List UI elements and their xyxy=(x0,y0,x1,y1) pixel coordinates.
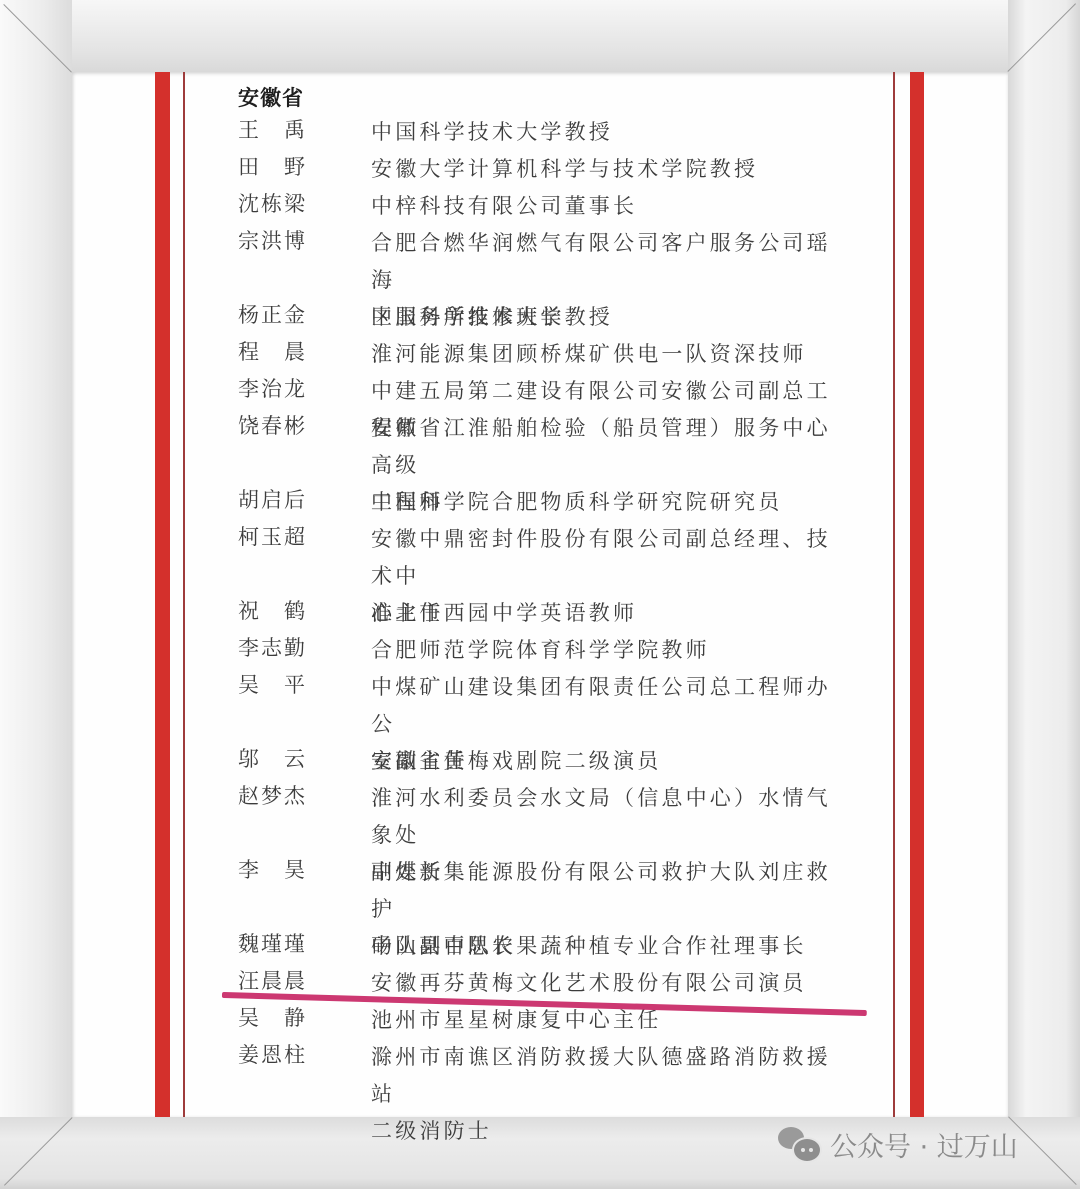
title-line: 滁州市南谯区消防救援大队德盛路消防救援站 xyxy=(371,1039,851,1113)
honoree-name: 胡启后 xyxy=(238,484,348,514)
frame-bevel-top xyxy=(0,0,1080,72)
watermark: 公众号 · 过万山 xyxy=(778,1124,1018,1164)
honoree-title: 淮北市西园中学英语教师 xyxy=(371,595,851,632)
title-line: 淮河水利委员会水文局（信息中心）水情气象处 xyxy=(371,780,851,854)
honoree-name: 祝 鹤 xyxy=(238,595,348,625)
title-line: 中国科学院合肥物质科学研究院研究员 xyxy=(371,484,851,521)
title-line: 中煤新集能源股份有限公司救护大队刘庄救护 xyxy=(371,854,851,928)
province-heading: 安徽省 xyxy=(238,82,304,112)
title-line: 安徽再芬黄梅文化艺术股份有限公司演员 xyxy=(371,965,851,1002)
honoree-name: 程 晨 xyxy=(238,336,348,366)
honoree-title: 砀山县百思农果蔬种植专业合作社理事长 xyxy=(371,928,851,965)
honoree-name: 魏瑾瑾 xyxy=(238,928,348,958)
title-line: 合肥合燃华润燃气有限公司客户服务公司瑶海 xyxy=(371,225,851,299)
honoree-name: 李治龙 xyxy=(238,373,348,403)
title-line: 砀山县百思农果蔬种植专业合作社理事长 xyxy=(371,928,851,965)
border-line-left xyxy=(183,72,185,1117)
honoree-title: 安徽大学计算机科学与技术学院教授 xyxy=(371,151,851,188)
honoree-title: 安徽再芬黄梅文化艺术股份有限公司演员 xyxy=(371,965,851,1002)
title-line: 安徽中鼎密封件股份有限公司副总经理、技术中 xyxy=(371,521,851,595)
title-line: 淮河能源集团顾桥煤矿供电一队资深技师 xyxy=(371,336,851,373)
honoree-name: 田 野 xyxy=(238,151,348,181)
title-line: 安徽省江淮船舶检验（船员管理）服务中心高级 xyxy=(371,410,851,484)
honoree-name: 邬 云 xyxy=(238,743,348,773)
frame-bevel-right xyxy=(1008,0,1080,1189)
honoree-title: 中国科学院合肥物质科学研究院研究员 xyxy=(371,484,851,521)
honoree-title: 中梓科技有限公司董事长 xyxy=(371,188,851,225)
honoree-title: 安徽省黄梅戏剧院二级演员 xyxy=(371,743,851,780)
honoree-name: 沈栋梁 xyxy=(238,188,348,218)
watermark-text: 公众号 · 过万山 xyxy=(830,1125,1018,1164)
honoree-title: 合肥师范学院体育科学学院教师 xyxy=(371,632,851,669)
border-bar-right xyxy=(910,72,924,1117)
title-line: 中煤矿山建设集团有限责任公司总工程师办公 xyxy=(371,669,851,743)
title-line: 中国科学技术大学教授 xyxy=(371,114,851,151)
honoree-name: 柯玉超 xyxy=(238,521,348,551)
title-line: 淮北市西园中学英语教师 xyxy=(371,595,851,632)
honoree-title: 淮河能源集团顾桥煤矿供电一队资深技师 xyxy=(371,336,851,373)
frame-bevel-left xyxy=(0,0,72,1189)
title-line: 安徽省黄梅戏剧院二级演员 xyxy=(371,743,851,780)
honoree-name: 宗洪博 xyxy=(238,225,348,255)
honoree-title: 中国科学技术大学教授 xyxy=(371,114,851,151)
honoree-title: 中国科学技术大学教授 xyxy=(371,299,851,336)
honoree-name: 姜恩柱 xyxy=(238,1039,348,1069)
honoree-name: 李志勤 xyxy=(238,632,348,662)
honoree-name: 吴 静 xyxy=(238,1002,348,1032)
honoree-name: 吴 平 xyxy=(238,669,348,699)
honoree-name: 饶春彬 xyxy=(238,410,348,440)
title-line: 合肥师范学院体育科学学院教师 xyxy=(371,632,851,669)
wechat-icon xyxy=(778,1127,820,1161)
honoree-name: 杨正金 xyxy=(238,299,348,329)
title-line: 中梓科技有限公司董事长 xyxy=(371,188,851,225)
honoree-name: 王 禹 xyxy=(238,114,348,144)
border-bar-left xyxy=(155,72,170,1117)
honoree-name: 赵梦杰 xyxy=(238,780,348,810)
title-line: 中国科学技术大学教授 xyxy=(371,299,851,336)
honoree-name: 李 昊 xyxy=(238,854,348,884)
title-line: 安徽大学计算机科学与技术学院教授 xyxy=(371,151,851,188)
honoree-name: 汪晨晨 xyxy=(238,965,348,995)
border-line-right xyxy=(893,72,895,1117)
